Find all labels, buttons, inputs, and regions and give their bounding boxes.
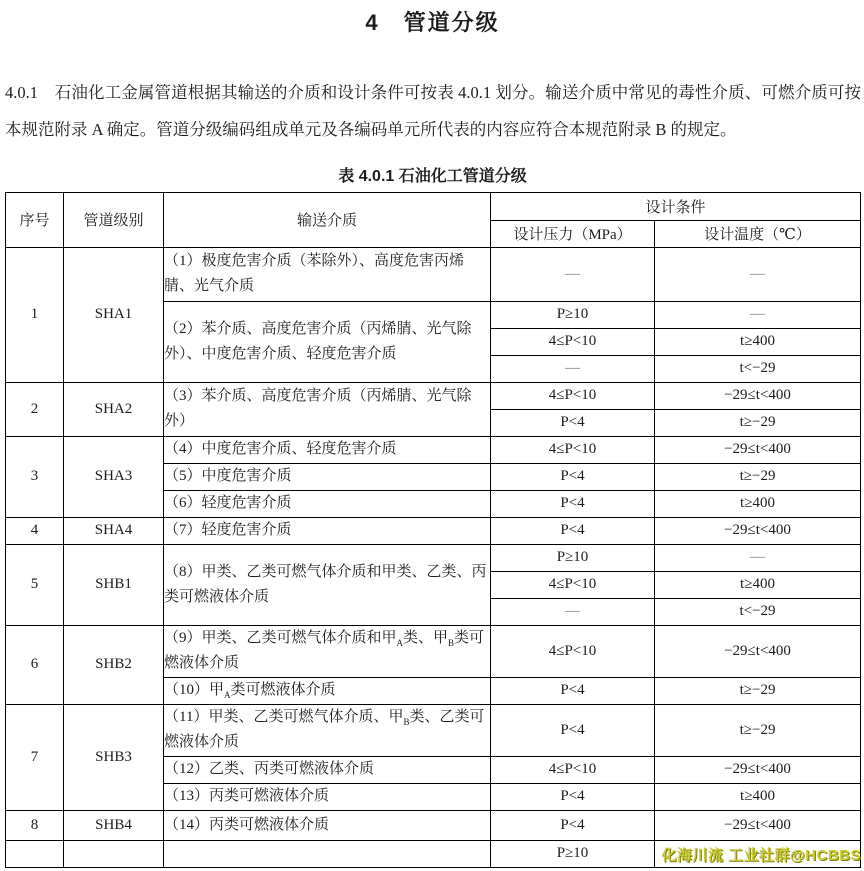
table-row: 6SHB2（9）甲类、乙类可燃气体介质和甲A类、甲B类可燃液体介质4≤P<10−… [6, 625, 861, 677]
temp-cell: t≥−29 [655, 677, 861, 704]
pipeline-classification-table: 序号 管道级别 输送介质 设计条件 设计压力（MPa） 设计温度（℃） 1SHA… [5, 192, 861, 868]
medium-cell: （4）中度危害介质、轻度危害介质 [164, 436, 491, 463]
seq-cell: 6 [6, 625, 64, 704]
temp-cell: t<−29 [655, 355, 861, 382]
level-cell: SHA3 [64, 436, 164, 517]
pressure-cell: P<4 [491, 810, 655, 840]
temp-cell: −29≤t<400 [655, 625, 861, 677]
table-row: 8SHB4（14）丙类可燃液体介质P<4−29≤t<400 [6, 810, 861, 840]
temp-cell: t≥400 [655, 783, 861, 810]
seq-cell: 8 [6, 810, 64, 840]
table-body: 1SHA1（1）极度危害介质（苯除外）、高度危害丙烯腈、光气介质——（2）苯介质… [6, 247, 861, 867]
temp-cell: t≥400 [655, 490, 861, 517]
pressure-cell: P<4 [491, 409, 655, 436]
header-level: 管道级别 [64, 192, 164, 247]
medium-cell: （13）丙类可燃液体介质 [164, 783, 491, 810]
medium-cell: （14）丙类可燃液体介质 [164, 810, 491, 840]
temp-cell: −29≤t<400 [655, 756, 861, 783]
pressure-cell: P≥10 [491, 301, 655, 328]
seq-cell: 5 [6, 544, 64, 625]
table-row: 4SHA4（7）轻度危害介质P<4−29≤t<400 [6, 517, 861, 544]
medium-cell: （10）甲A类可燃液体介质 [164, 677, 491, 704]
pressure-cell: — [491, 247, 655, 301]
seq-cell: 3 [6, 436, 64, 517]
level-cell: SHB3 [64, 704, 164, 810]
document-page: 4 管道分级 4.0.1 石油化工金属管道根据其输送的介质和设计条件可按表 4.… [0, 0, 864, 868]
seq-cell [6, 840, 64, 867]
medium-cell: （9）甲类、乙类可燃气体介质和甲A类、甲B类可燃液体介质 [164, 625, 491, 677]
pressure-cell: P≥10 [491, 544, 655, 571]
pressure-cell: P≥10 [491, 840, 655, 867]
level-cell: SHB4 [64, 810, 164, 840]
temp-cell: −29≤t<400 [655, 810, 861, 840]
table-row: 1SHA1（1）极度危害介质（苯除外）、高度危害丙烯腈、光气介质—— [6, 247, 861, 301]
level-cell: SHB1 [64, 544, 164, 625]
pressure-cell: 4≤P<10 [491, 436, 655, 463]
temp-cell: −29≤t<400 [655, 436, 861, 463]
pressure-cell: 4≤P<10 [491, 328, 655, 355]
pressure-cell: P<4 [491, 490, 655, 517]
pressure-cell: P<4 [491, 677, 655, 704]
table-caption: 表 4.0.1 石油化工管道分级 [5, 165, 860, 189]
temp-cell: t≥400 [655, 571, 861, 598]
temp-cell: t≥−29 [655, 704, 861, 756]
seq-cell: 7 [6, 704, 64, 810]
temp-cell: −29≤t<400 [655, 517, 861, 544]
header-row-1: 序号 管道级别 输送介质 设计条件 [6, 192, 861, 220]
temp-cell: t≥400 [655, 328, 861, 355]
level-cell [64, 840, 164, 867]
level-cell: SHB2 [64, 625, 164, 704]
temp-cell: −29≤t<400 [655, 382, 861, 409]
level-cell: SHA2 [64, 382, 164, 436]
table-row: 5SHB1（8）甲类、乙类可燃气体介质和甲类、乙类、丙类可燃液体介质P≥10— [6, 544, 861, 571]
medium-cell: （3）苯介质、高度危害介质（丙烯腈、光气除外） [164, 382, 491, 436]
header-medium: 输送介质 [164, 192, 491, 247]
pressure-cell: P<4 [491, 704, 655, 756]
temp-cell: — [655, 247, 861, 301]
temp-cell: t≥−29 [655, 463, 861, 490]
medium-cell: （1）极度危害介质（苯除外）、高度危害丙烯腈、光气介质 [164, 247, 491, 301]
pressure-cell: — [491, 355, 655, 382]
table-row: 7SHB3（11）甲类、乙类可燃气体介质、甲B类、乙类可燃液体介质P<4t≥−2… [6, 704, 861, 756]
table-header: 序号 管道级别 输送介质 设计条件 设计压力（MPa） 设计温度（℃） [6, 192, 861, 247]
header-design-conditions: 设计条件 [491, 192, 861, 220]
medium-cell: （2）苯介质、高度危害介质（丙烯腈、光气除外）、中度危害介质、轻度危害介质 [164, 301, 491, 382]
level-cell: SHA1 [64, 247, 164, 382]
seq-cell: 4 [6, 517, 64, 544]
medium-cell: （8）甲类、乙类可燃气体介质和甲类、乙类、丙类可燃液体介质 [164, 544, 491, 625]
table-row: 3SHA3（4）中度危害介质、轻度危害介质4≤P<10−29≤t<400 [6, 436, 861, 463]
temp-cell: — [655, 544, 861, 571]
medium-cell: （5）中度危害介质 [164, 463, 491, 490]
pressure-cell: P<4 [491, 517, 655, 544]
pressure-cell: — [491, 598, 655, 625]
medium-cell: （6）轻度危害介质 [164, 490, 491, 517]
pressure-cell: 4≤P<10 [491, 756, 655, 783]
seq-cell: 1 [6, 247, 64, 382]
watermark: 化海川流 工业社群@HCBBS [661, 844, 861, 865]
pressure-cell: 4≤P<10 [491, 382, 655, 409]
medium-cell: （7）轻度危害介质 [164, 517, 491, 544]
pressure-cell: P<4 [491, 783, 655, 810]
pressure-cell: 4≤P<10 [491, 571, 655, 598]
header-pressure: 设计压力（MPa） [491, 220, 655, 247]
page-title: 4 管道分级 [5, 8, 860, 38]
pressure-cell: 4≤P<10 [491, 625, 655, 677]
clause-4-0-1-paragraph: 4.0.1 石油化工金属管道根据其输送的介质和设计条件可按表 4.0.1 划分。… [5, 74, 861, 148]
temp-cell: — [655, 301, 861, 328]
temp-cell: t<−29 [655, 598, 861, 625]
seq-cell: 2 [6, 382, 64, 436]
table-row: 2SHA2（3）苯介质、高度危害介质（丙烯腈、光气除外）4≤P<10−29≤t<… [6, 382, 861, 409]
medium-cell: （11）甲类、乙类可燃气体介质、甲B类、乙类可燃液体介质 [164, 704, 491, 756]
medium-cell: （12）乙类、丙类可燃液体介质 [164, 756, 491, 783]
medium-cell [164, 840, 491, 867]
temp-cell: t≥−29 [655, 409, 861, 436]
pressure-cell: P<4 [491, 463, 655, 490]
level-cell: SHA4 [64, 517, 164, 544]
header-temperature: 设计温度（℃） [655, 220, 861, 247]
header-seq: 序号 [6, 192, 64, 247]
